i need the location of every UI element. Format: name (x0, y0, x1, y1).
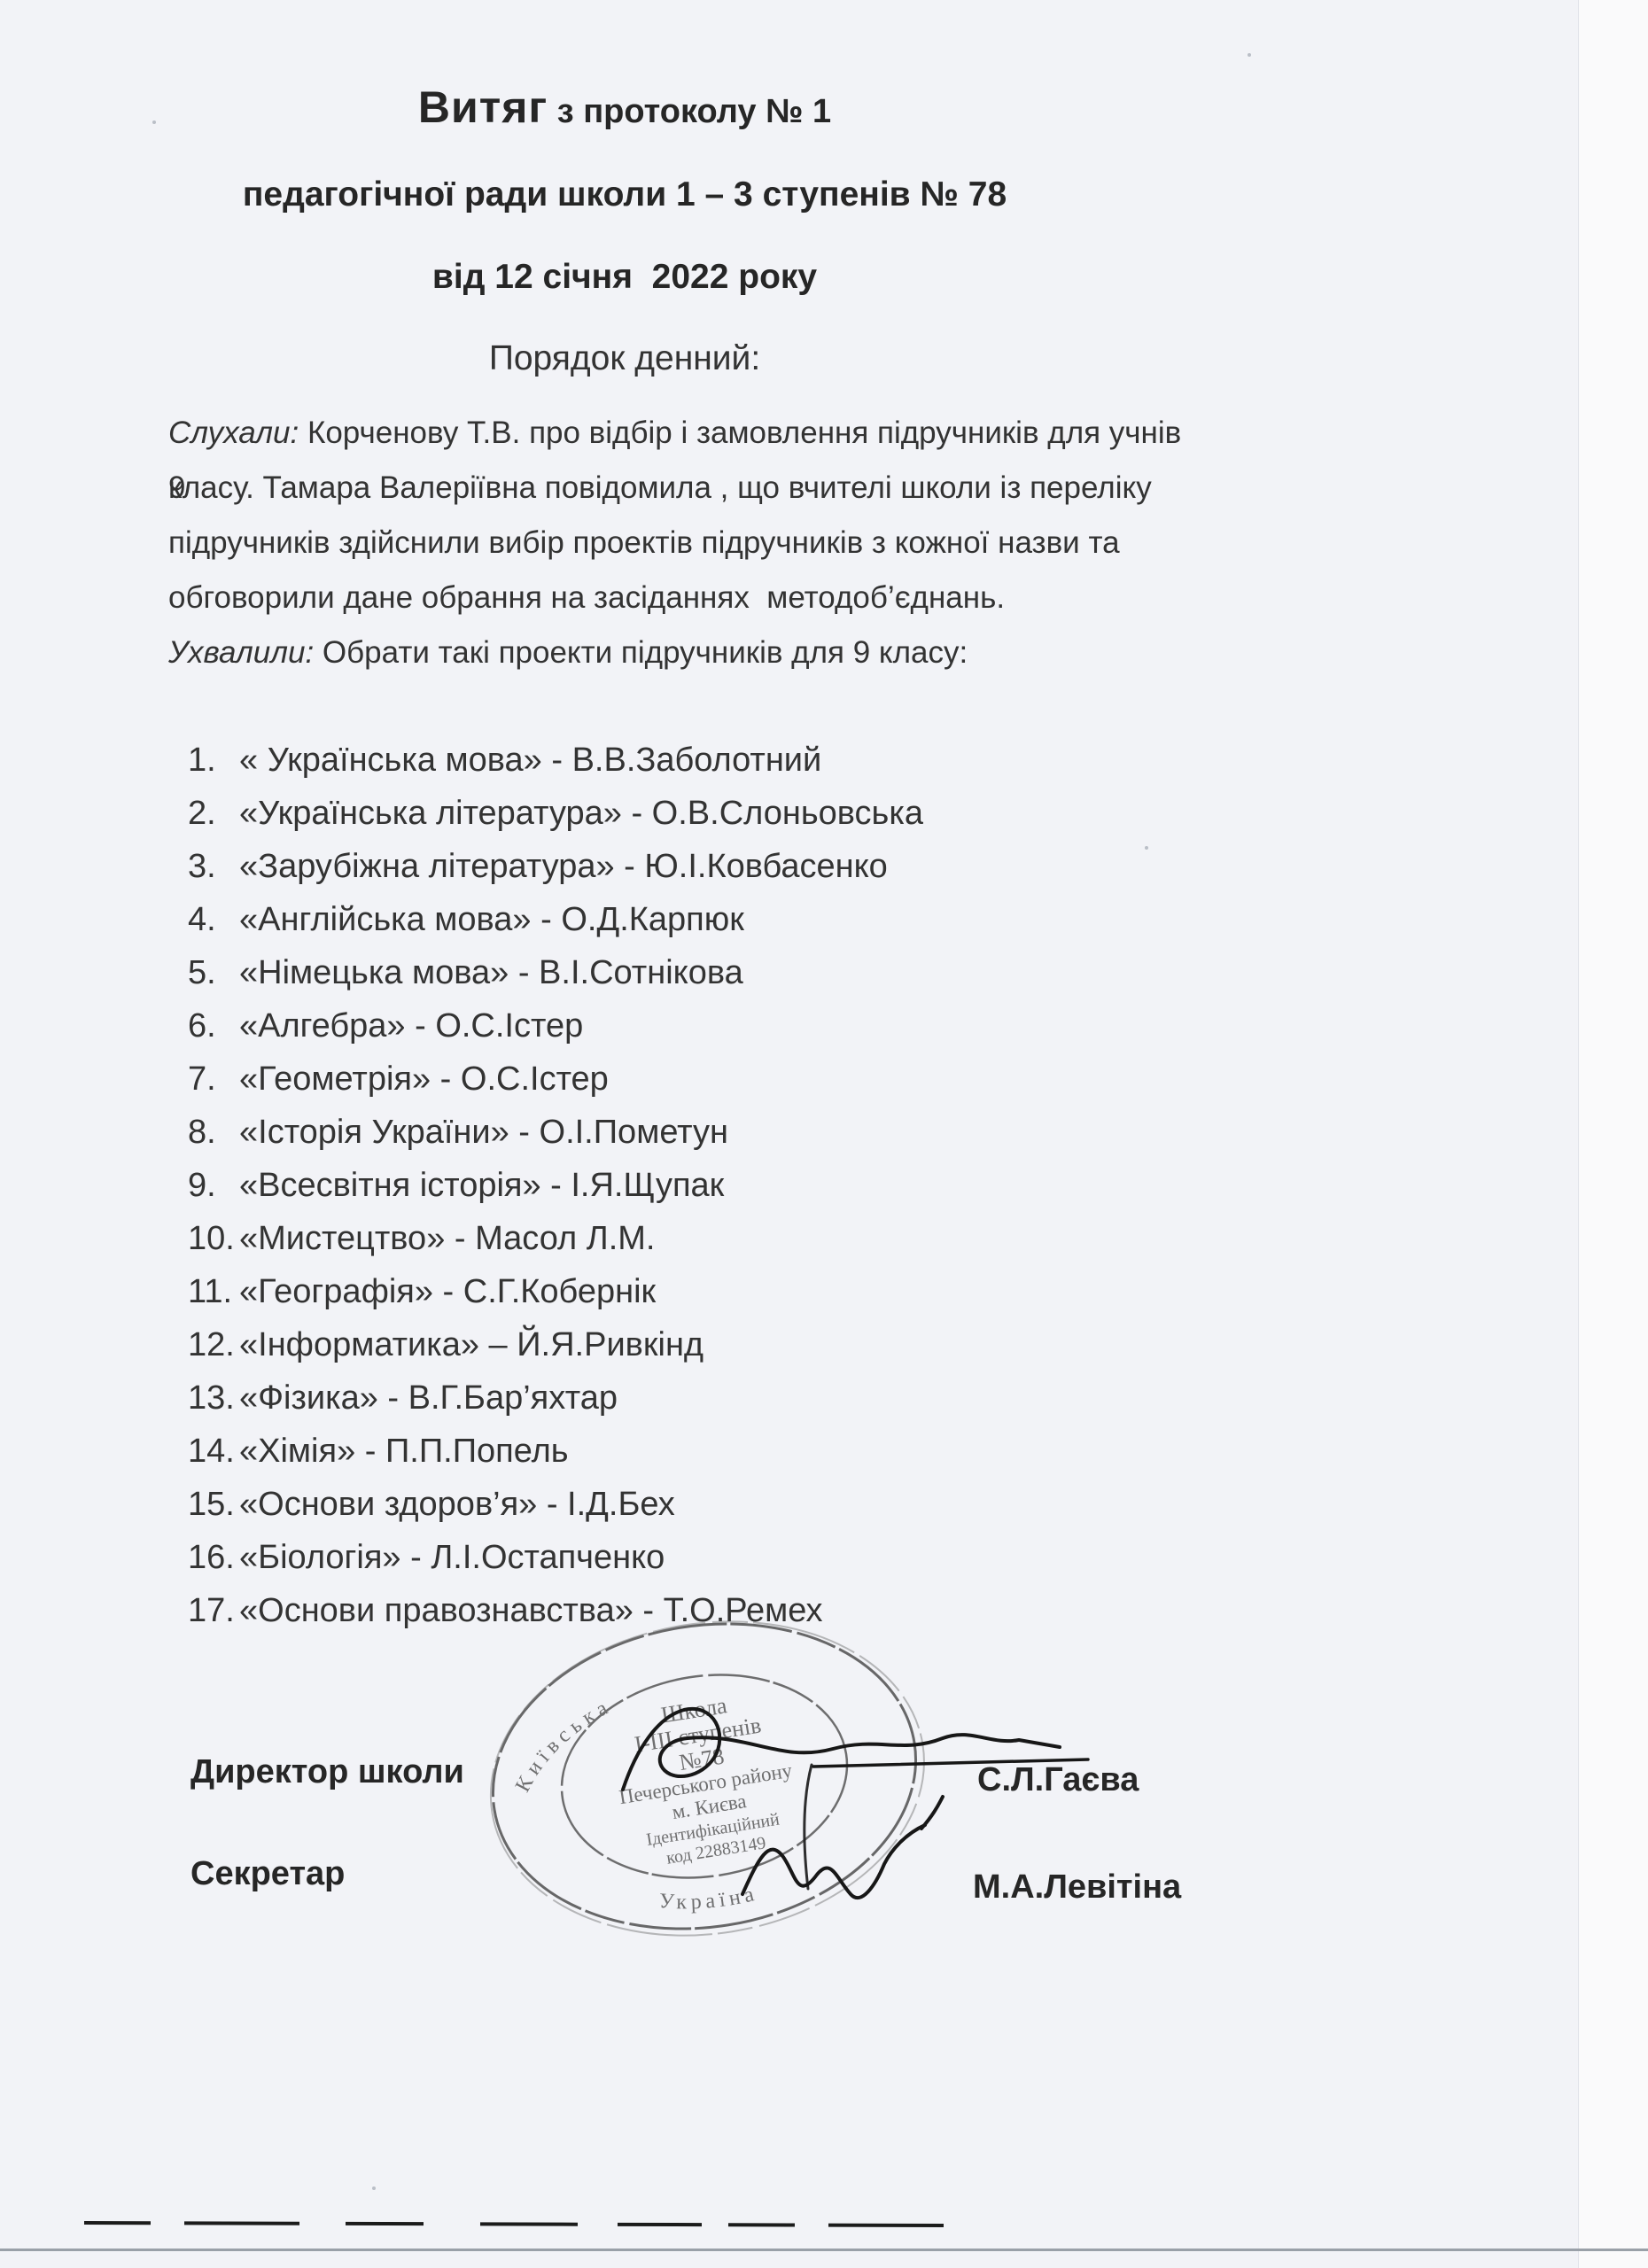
item-number: 11. (188, 1265, 239, 1318)
title-line-3: від 12 січня 2022 року (168, 258, 1081, 297)
stamp-line-6: Ідентифікаційний (645, 1809, 781, 1850)
resolved-label: Ухвалили: (168, 635, 314, 670)
item-number: 4. (188, 893, 239, 946)
list-item: 5.«Німецька мова» - В.І.Сотнікова (188, 946, 1162, 999)
item-text: «Основи здоров’я» - І.Д.Бех (239, 1486, 675, 1523)
school-stamp: Київська Україна Школа І-ІІІ ступенів №7… (468, 1591, 947, 1966)
agenda-heading: Порядок денний: (168, 339, 1081, 378)
list-item: 9.«Всесвітня історія» - І.Я.Щупак (188, 1159, 1162, 1212)
list-item: 2.«Українська література» - О.В.Слоньовс… (188, 787, 1162, 840)
item-text: «Англійська мова» - О.Д.Карпюк (239, 901, 744, 938)
item-number: 13. (188, 1371, 239, 1425)
stamp-line-4: Печерського району (618, 1759, 794, 1809)
item-number: 16. (188, 1531, 239, 1584)
item-text: «Зарубіжна література» - Ю.І.Ковбасенко (239, 848, 888, 885)
signature-role-secretary: Секретар (190, 1855, 345, 1893)
item-number: 9. (188, 1159, 239, 1212)
item-text: «Мистецтво» - Масол Л.М. (239, 1220, 655, 1257)
item-number: 2. (188, 787, 239, 840)
title-rest: з протоколу № 1 (548, 93, 831, 130)
stamp-line-7: код 22883149 (665, 1833, 767, 1868)
list-item: 4.«Англійська мова» - О.Д.Карпюк (188, 893, 1162, 946)
signature-role-director: Директор школи (190, 1753, 464, 1791)
textbook-list: 1.« Українська мова» - В.В.Заболотний2.«… (188, 734, 1162, 1637)
secretary-signature-ink (742, 1765, 943, 1898)
paper-bottom-edge-line (0, 2249, 1648, 2251)
list-item: 13.«Фізика» - В.Г.Бар’яхтар (188, 1371, 1162, 1425)
item-number: 6. (188, 999, 239, 1052)
item-text: «Історія України» - О.І.Пометун (239, 1114, 728, 1151)
list-item: 15.«Основи здоров’я» - І.Д.Бех (188, 1478, 1162, 1531)
heard-line-3: підручників здійснили вибір проектів під… (168, 516, 1196, 571)
list-item: 3.«Зарубіжна література» - Ю.І.Ковбасенк… (188, 840, 1162, 893)
dust-speck (1248, 53, 1251, 57)
item-text: «Українська література» - О.В.Слоньовськ… (239, 795, 923, 832)
paper-edge-band (1578, 0, 1648, 2268)
list-item: 12.«Інформатика» – Й.Я.Ривкінд (188, 1318, 1162, 1371)
stamp-arc-top-text: Київська (500, 1693, 626, 1798)
list-item: 1.« Українська мова» - В.В.Заболотний (188, 734, 1162, 787)
item-text: «Фізика» - В.Г.Бар’яхтар (239, 1379, 618, 1417)
signature-name-director: С.Л.Гаєва (977, 1761, 1139, 1799)
stamp-line-3: №78 (678, 1743, 727, 1775)
item-number: 1. (188, 734, 239, 787)
list-item: 8.«Історія України» - О.І.Пометун (188, 1106, 1162, 1159)
list-item: 7.«Геометрія» - О.С.Істер (188, 1052, 1162, 1106)
scan-artifact-dashed-line (84, 2223, 950, 2225)
list-item: 14.«Хімія» - П.П.Попель (188, 1425, 1162, 1478)
item-number: 5. (188, 946, 239, 999)
resolved-line: Ухвалили: Обрати такі проекти підручникі… (168, 625, 1196, 680)
item-text: «Хімія» - П.П.Попель (239, 1433, 569, 1470)
heard-label: Слухали: (168, 416, 299, 450)
item-text: «Всесвітня історія» - І.Я.Щупак (239, 1167, 724, 1204)
item-text: «Біологія» - Л.І.Остапченко (239, 1539, 665, 1576)
item-text: «Німецька мова» - В.І.Сотнікова (239, 954, 743, 991)
document-title: Витяг з протоколу № 1 (168, 82, 1081, 133)
item-text: «Інформатика» – Й.Я.Ривкінд (239, 1326, 704, 1363)
scanned-protocol-page: { "page": { "header": { "title_emph": "В… (0, 0, 1648, 2268)
list-item: 16.«Біологія» - Л.І.Остапченко (188, 1531, 1162, 1584)
item-number: 7. (188, 1052, 239, 1106)
heard-paragraph: Слухали: Корченову Т.В. про відбір і зам… (168, 406, 1196, 680)
stamp-arc-bottom-text: Україна (655, 1875, 760, 1922)
resolved-text: Обрати такі проекти підручників для 9 кл… (314, 635, 968, 670)
item-number: 12. (188, 1318, 239, 1371)
item-text: «Основи правознавства» - Т.О.Ремех (239, 1592, 823, 1629)
list-item: 17.«Основи правознавства» - Т.О.Ремех (188, 1584, 1162, 1637)
dust-speck (372, 2186, 376, 2190)
list-item: 10.«Мистецтво» - Масол Л.М. (188, 1212, 1162, 1265)
item-number: 15. (188, 1478, 239, 1531)
item-number: 17. (188, 1584, 239, 1637)
heard-line-1: Слухали: Корченову Т.В. про відбір і зам… (168, 406, 1196, 461)
stamp-line-1: Школа (659, 1692, 729, 1728)
signature-name-secretary: М.А.Левітіна (973, 1868, 1181, 1907)
list-item: 11.«Географія» - С.Г.Кобернік (188, 1265, 1162, 1318)
item-number: 8. (188, 1106, 239, 1159)
item-number: 14. (188, 1425, 239, 1478)
title-emphasis: Витяг (418, 82, 548, 132)
heard-line-2: класу. Тамара Валеріївна повідомила , що… (168, 461, 1196, 516)
list-item: 6.«Алгебра» - О.С.Істер (188, 999, 1162, 1052)
item-number: 3. (188, 840, 239, 893)
item-text: «Геометрія» - О.С.Істер (239, 1060, 609, 1098)
stamp-line-2: І-ІІІ ступенів (633, 1712, 763, 1757)
heard-line-4: обговорили дане обрання на засіданнях ме… (168, 571, 1196, 625)
item-text: « Українська мова» - В.В.Заболотний (239, 742, 821, 779)
item-text: «Алгебра» - О.С.Істер (239, 1007, 583, 1045)
item-text: «Географія» - С.Г.Кобернік (239, 1273, 656, 1310)
item-number: 10. (188, 1212, 239, 1265)
dust-speck (152, 120, 156, 124)
stamp-line-5: м. Києва (671, 1790, 748, 1823)
title-line-2: педагогічної ради школи 1 – 3 ступенів №… (168, 175, 1081, 214)
dust-speck (1145, 846, 1148, 850)
